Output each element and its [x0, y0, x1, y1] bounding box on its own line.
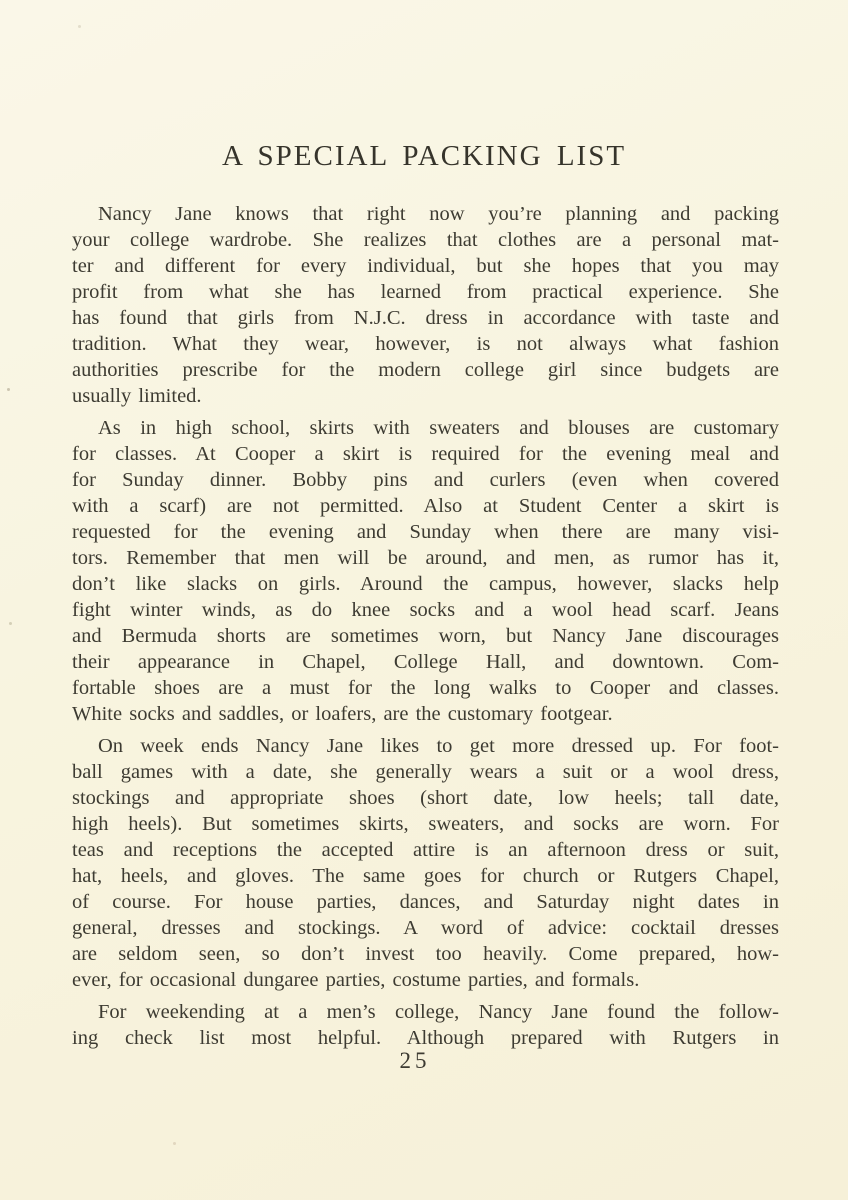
paragraph: As in high school, skirts with sweaters … — [72, 415, 779, 727]
text-line: requested for the evening and Sunday whe… — [72, 519, 779, 545]
text-line: tors. Remember that men will be around, … — [72, 545, 779, 571]
text-line: White socks and saddles, or loafers, are… — [72, 701, 779, 727]
text-line: with a scarf) are not permitted. Also at… — [72, 493, 779, 519]
page-title: A SPECIAL PACKING LIST — [0, 140, 848, 173]
text-line: Nancy Jane knows that right now you’re p… — [72, 201, 779, 227]
text-line: profit from what she has learned from pr… — [72, 279, 779, 305]
page-number: 25 — [0, 1048, 830, 1074]
book-page: A SPECIAL PACKING LIST Nancy Jane knows … — [0, 0, 848, 1200]
text-line: are seldom seen, so don’t invest too hea… — [72, 941, 779, 967]
text-line: usually limited. — [72, 383, 779, 409]
text-line: tradition. What they wear, however, is n… — [72, 331, 779, 357]
text-line: ever, for occasional dungaree parties, c… — [72, 967, 779, 993]
text-line: teas and receptions the accepted attire … — [72, 837, 779, 863]
paragraph: Nancy Jane knows that right now you’re p… — [72, 201, 779, 409]
text-line: of course. For house parties, dances, an… — [72, 889, 779, 915]
text-line: stockings and appropriate shoes (short d… — [72, 785, 779, 811]
text-line: and Bermuda shorts are sometimes worn, b… — [72, 623, 779, 649]
text-line: their appearance in Chapel, College Hall… — [72, 649, 779, 675]
text-line: ball games with a date, she generally we… — [72, 759, 779, 785]
text-line: high heels). But sometimes skirts, sweat… — [72, 811, 779, 837]
text-line: your college wardrobe. She realizes that… — [72, 227, 779, 253]
text-line: don’t like slacks on girls. Around the c… — [72, 571, 779, 597]
paragraph: For weekending at a men’s college, Nancy… — [72, 999, 779, 1051]
text-line: for Sunday dinner. Bobby pins and curler… — [72, 467, 779, 493]
text-line: fight winter winds, as do knee socks and… — [72, 597, 779, 623]
text-line: As in high school, skirts with sweaters … — [72, 415, 779, 441]
text-line: ter and different for every individual, … — [72, 253, 779, 279]
text-line: has found that girls from N.J.C. dress i… — [72, 305, 779, 331]
text-line: for classes. At Cooper a skirt is requir… — [72, 441, 779, 467]
page-body: Nancy Jane knows that right now you’re p… — [72, 201, 779, 1057]
text-line: hat, heels, and gloves. The same goes fo… — [72, 863, 779, 889]
paragraph: On week ends Nancy Jane likes to get mor… — [72, 733, 779, 993]
text-line: authorities prescribe for the modern col… — [72, 357, 779, 383]
text-line: fortable shoes are a must for the long w… — [72, 675, 779, 701]
text-line: general, dresses and stockings. A word o… — [72, 915, 779, 941]
text-line: On week ends Nancy Jane likes to get mor… — [72, 733, 779, 759]
text-line: For weekending at a men’s college, Nancy… — [72, 999, 779, 1025]
